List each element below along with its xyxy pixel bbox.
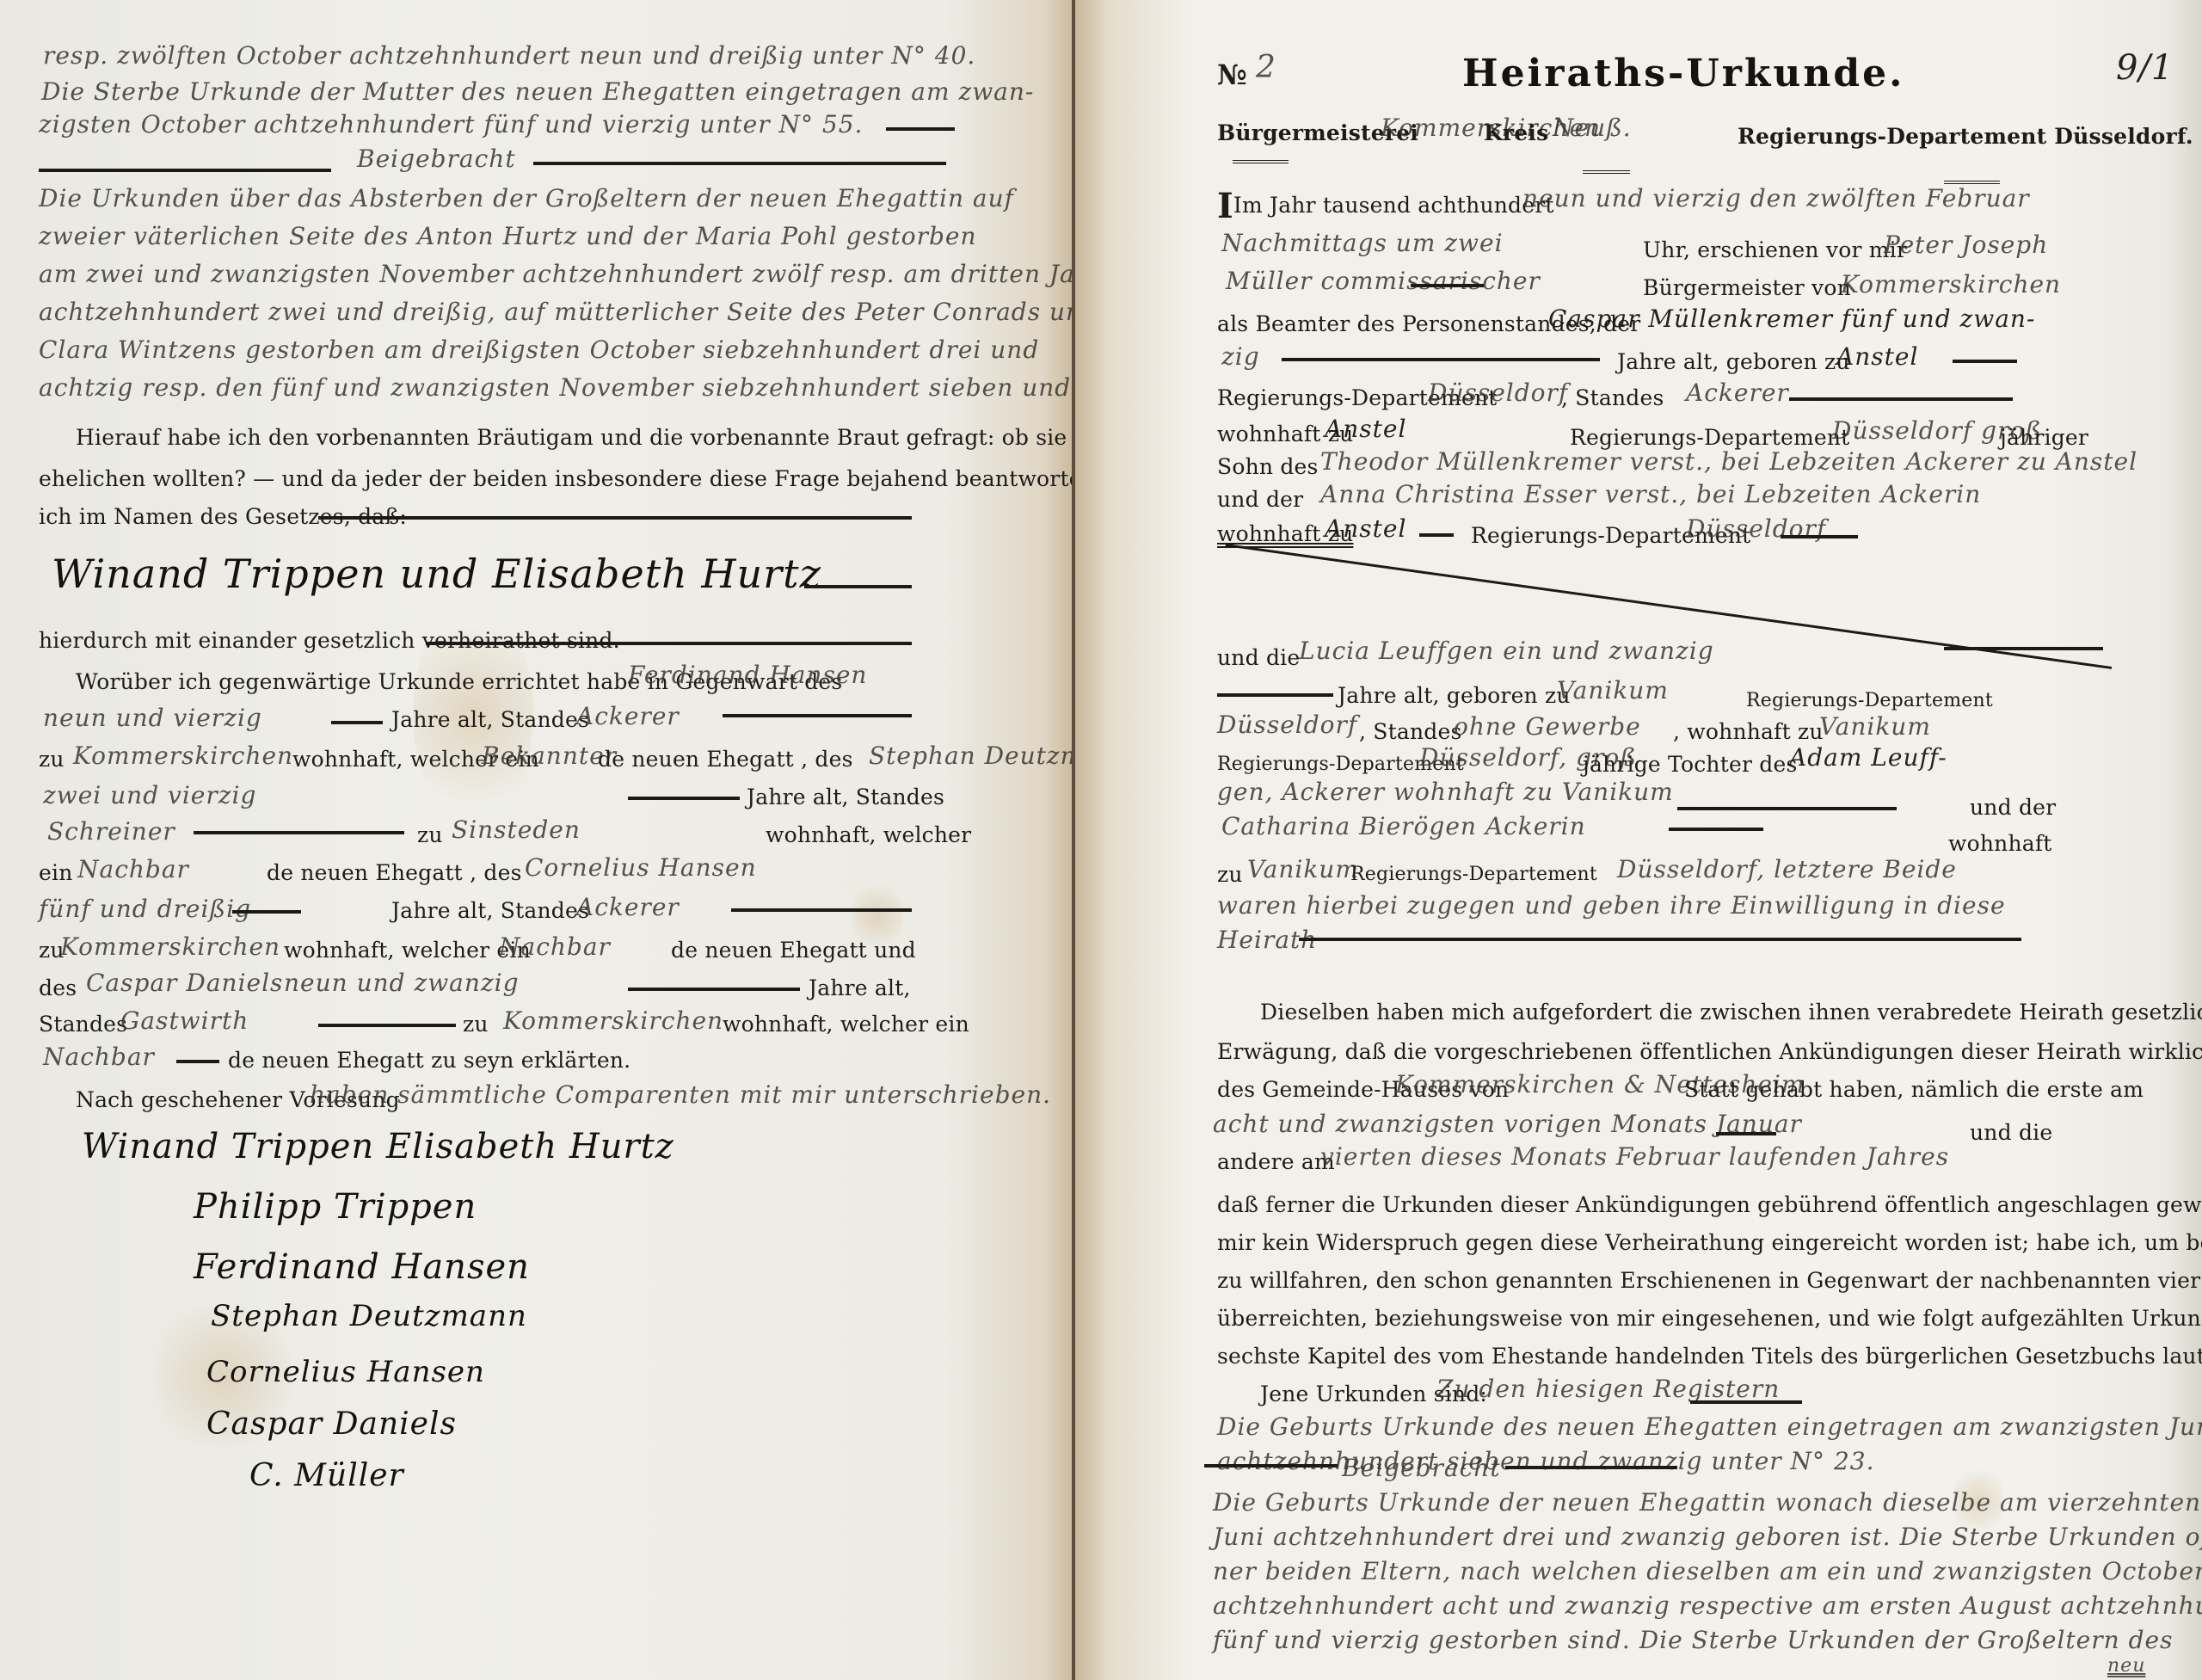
record-number-label: №: [1217, 60, 1247, 89]
fill-rule: [1217, 693, 1333, 697]
signature: Stephan Deutzmann: [211, 1299, 527, 1333]
beigebracht-line: ner beiden Eltern, nach welchen dieselbe…: [1213, 1557, 2202, 1586]
initial-letter: I: [1217, 186, 1233, 226]
witness-age: fünf und dreißig: [39, 895, 251, 924]
beigebracht-line: fünf und vierzig gestorben sind. Die Ste…: [1213, 1626, 2173, 1655]
bride-birthplace: Vanikum: [1557, 676, 1669, 705]
handwritten-line: zigsten October achtzehnhundert fünf und…: [39, 110, 863, 139]
fill-rule: [318, 516, 912, 520]
couple-names: Winand Trippen und Elisabeth Hurtz: [52, 551, 821, 597]
fill-rule: [318, 1024, 456, 1027]
signature: Winand Trippen Elisabeth Hurtz: [82, 1127, 674, 1166]
fill-rule: [628, 797, 740, 800]
printed-line: Statt gehabt haben, nämlich die erste am: [1684, 1075, 2144, 1105]
handwritten-line: haben sämmtliche Comparenten mit mir unt…: [310, 1080, 1051, 1110]
fill-rule: [1677, 807, 1897, 810]
bride-mother: Catharina Bierögen Ackerin: [1221, 812, 1586, 841]
groom-age: zig: [1221, 342, 1260, 372]
printed-label: Jahre alt, Standes: [391, 896, 589, 926]
printed-line: sechste Kapitel des vom Ehestande handel…: [1217, 1342, 2202, 1371]
printed-label: wohnhaft, welcher ein: [723, 1010, 969, 1039]
kreis-label: Kreis: [1484, 119, 1548, 148]
printed-label: zu: [463, 1010, 489, 1039]
printed-label: Jahre alt, geboren zu: [1338, 681, 1571, 711]
groom-reg-value: Düsseldorf: [1686, 514, 1826, 544]
fill-rule: [331, 721, 383, 724]
consent-line: waren hierbei zugegen und geben ihre Ein…: [1217, 891, 2006, 920]
municipality: Kommerskirchen: [1841, 270, 2061, 299]
first-date-handwritten: acht und zwanzigsten vorigen Monats Janu…: [1213, 1110, 1802, 1139]
intro-prefix-text: Im Jahr tausend achthundert: [1233, 193, 1554, 218]
printed-label: ein: [39, 858, 73, 888]
fill-rule: [533, 162, 946, 165]
printed-line: daß ferner die Urkunden dieser Ankündigu…: [1217, 1191, 2202, 1220]
fill-rule: [1953, 360, 2017, 363]
urkunden-line: achtzehnhundert sieben und zwanzig unter…: [1217, 1447, 1874, 1476]
witness-age: zwei und vierzig: [43, 781, 256, 810]
left-page: resp. zwölften October achtzehnhundert n…: [0, 0, 1075, 1680]
urkunden-line: Die Geburts Urkunde des neuen Ehegatten …: [1217, 1412, 2202, 1442]
witness-ort: Kommerskirchen: [503, 1006, 723, 1036]
official-title: Müller commissarischer: [1226, 267, 1541, 296]
fill-rule: [1505, 1466, 1677, 1469]
printed-label: und die: [1217, 643, 1300, 673]
printed-label: Standes: [39, 1010, 127, 1039]
section-heading: Beigebracht: [1342, 1454, 1501, 1483]
fill-rule: [1282, 358, 1600, 361]
printed-line: hierdurch mit einander gesetzlich verhei…: [39, 626, 620, 655]
witness-relation: Nachbar: [499, 932, 611, 962]
fill-rule: [886, 127, 955, 131]
fill-rule: [1716, 1132, 1776, 1135]
printed-line: mir kein Widerspruch gegen diese Verheir…: [1217, 1228, 2202, 1258]
signature: Caspar Daniels: [206, 1406, 457, 1442]
witness-relation: Nachbar: [77, 855, 189, 884]
groom-father: Theodor Müllenkremer verst., bei Lebzeit…: [1320, 447, 2137, 477]
witness-ort: Kommerskirchen: [60, 932, 280, 962]
page-title: Heiraths-Urkunde.: [1462, 52, 1904, 95]
bride-reg-value: Düsseldorf, letztere Beide: [1617, 855, 1957, 884]
witness-stand: Gastwirth: [120, 1006, 249, 1036]
handwritten-line: Clara Wintzens gestorben am dreißigsten …: [39, 335, 1039, 365]
signature: C. Müller: [249, 1458, 404, 1493]
printed-label: wohnhaft: [1948, 829, 2052, 858]
printed-line: überreichten, beziehungsweise von mir ei…: [1217, 1304, 2202, 1333]
printed-label: jährige Tochter des: [1583, 750, 1798, 779]
printed-label: , Standes: [1359, 717, 1462, 747]
fill-rule: [1411, 284, 1484, 287]
fill-rule: [723, 714, 912, 717]
official-name: Peter Joseph: [1884, 231, 2048, 260]
fill-rule: [1781, 535, 1858, 538]
witness-stand: Schreiner: [47, 817, 175, 846]
printed-label: Regierungs-Departement: [1350, 860, 1597, 889]
fill-rule: [804, 585, 912, 588]
fill-rule: [628, 988, 800, 991]
printed-label: Jahre alt, geboren zu: [1617, 348, 1850, 377]
printed-label: , Standes: [1561, 384, 1664, 413]
groom-mother: Anna Christina Esser verst., bei Lebzeit…: [1320, 480, 1981, 509]
printed-label: und der: [1970, 793, 2056, 822]
witness-stand: Ackerer: [576, 893, 680, 922]
printed-label: Jahre alt, Standes: [747, 783, 944, 812]
right-page: № 2 Heiraths-Urkunde. 9/1 Bürgermeistere…: [1075, 0, 2202, 1680]
signature: Cornelius Hansen: [206, 1355, 485, 1389]
witness-ort: Sinsteden: [452, 815, 581, 845]
witness-name: Cornelius Hansen: [525, 853, 757, 883]
printed-label: andere am: [1217, 1148, 1335, 1177]
witness-age: neun und vierzig: [43, 704, 262, 733]
printed-label: Regierungs-Departement: [1746, 686, 1993, 716]
printed-label: und der: [1217, 485, 1303, 514]
signature: Ferdinand Hansen: [194, 1247, 530, 1287]
fill-rule: [731, 908, 912, 912]
printed-line: Dieselben haben mich aufgefordert die zw…: [1260, 998, 2202, 1027]
witness-name: Ferdinand Hansen: [628, 661, 867, 690]
fill-rule: [426, 642, 912, 645]
handwritten-line: Die Sterbe Urkunde der Mutter des neuen …: [41, 77, 1034, 107]
intro-prefix: IIm Jahr tausend achthundert: [1217, 191, 1554, 221]
record-number: 2: [1256, 53, 1276, 83]
fill-rule: [1690, 1400, 1802, 1404]
printed-label: de neuen Ehegatt , des: [267, 858, 522, 888]
fill-rule: [1299, 938, 2021, 941]
printed-label: Jahre alt, Standes: [391, 705, 589, 735]
urkunden-handwritten: Zu den hiesigen Registern: [1436, 1375, 1780, 1404]
fill-rule: [232, 910, 301, 914]
beigebracht-line: Die Geburts Urkunde der neuen Ehegattin …: [1213, 1488, 2201, 1517]
printed-label: des: [39, 974, 77, 1003]
handwritten-line: resp. zwölften October achtzehnhundert n…: [43, 41, 975, 71]
printed-label: zu: [39, 745, 65, 774]
printed-label: zu: [1217, 860, 1243, 889]
printed-label: und die: [1970, 1118, 2052, 1148]
bride-mother-residence: Vanikum: [1247, 855, 1359, 884]
printed-label: de neuen Ehegatt und: [671, 936, 916, 965]
handwritten-line: achtzig resp. den fünf und zwanzigsten N…: [39, 373, 1174, 403]
groom-reg-value: Düsseldorf: [1428, 378, 1568, 408]
witness-name: Caspar Daniels: [86, 969, 283, 998]
kreis-value: Neuß.: [1553, 114, 1632, 143]
fill-rule: [39, 169, 331, 172]
printed-label: Bürgermeister von: [1643, 274, 1851, 303]
fill-rule: [1419, 533, 1454, 537]
groom-parents-residence: Anstel: [1325, 514, 1406, 544]
bride-reg-value: Düsseldorf: [1217, 711, 1357, 740]
bride-father-cont: gen, Ackerer wohnhaft zu Vanikum: [1217, 778, 1674, 807]
section-heading: Beigebracht: [357, 145, 516, 174]
groom-stand: Ackerer: [1686, 378, 1789, 408]
fill-rule: [1583, 170, 1630, 174]
printed-label: Jahre alt,: [809, 974, 911, 1003]
signature: Philipp Trippen: [194, 1187, 477, 1227]
handwritten-line: zweier väterlichen Seite des Anton Hurtz…: [39, 222, 976, 251]
fill-rule: [194, 831, 404, 834]
printed-line: zu willfahren, den schon genannten Ersch…: [1217, 1266, 2202, 1295]
printed-line: Hierauf habe ich den vorbenannten Bräuti…: [76, 423, 1172, 452]
printed-label: de neuen Ehegatt zu seyn erklärten.: [228, 1046, 630, 1075]
groom-birthplace: Anstel: [1836, 342, 1918, 372]
printed-label: zu: [417, 821, 443, 850]
bride-father: Adam Leuff-: [1789, 743, 1947, 772]
witness-relation: Nachbar: [43, 1043, 155, 1072]
fill-rule: [1789, 397, 2013, 401]
bride-stand: ohne Gewerbe: [1454, 712, 1641, 742]
catchword: neu: [2107, 1652, 2145, 1680]
groom-name: Caspar Müllenkremer fünf und zwan-: [1548, 305, 2035, 334]
printed-label: wohnhaft, welcher: [766, 821, 971, 850]
date-handwritten: neun und vierzig den zwölften Februar: [1522, 184, 2030, 213]
witness-ort: Kommerskirchen: [73, 742, 293, 771]
time-handwritten: Nachmittags um zwei: [1221, 229, 1504, 258]
regierungs-departement-label: Regierungs-Departement Düsseldorf.: [1738, 122, 2193, 151]
witness-age: neun und zwanzig: [284, 969, 520, 998]
beigebracht-line: Juni achtzehnhundert drei und zwanzig ge…: [1213, 1523, 2202, 1552]
fill-rule: [1204, 1464, 1338, 1468]
printed-label: wohnhaft, welcher ein: [284, 936, 531, 965]
bride-name: Lucia Leuffgen ein und zwanzig: [1299, 637, 1714, 666]
witness-relation: Bekannter: [482, 742, 617, 771]
groom-residence: Anstel: [1325, 415, 1406, 444]
handwritten-line: achtzehnhundert zwei und dreißig, auf mü…: [39, 298, 1098, 327]
printed-label: , wohnhaft zu: [1673, 717, 1824, 747]
bride-residence: Vanikum: [1819, 712, 1931, 742]
handwritten-line: am zwei und zwanzigsten November achtzeh…: [39, 260, 1135, 289]
fill-rule: [1669, 828, 1763, 831]
printed-label: de neuen Ehegatt , des: [598, 745, 853, 774]
fill-rule: [176, 1060, 219, 1063]
fill-rule: [1944, 647, 2103, 650]
beigebracht-line: achtzehnhundert acht und zwanzig respect…: [1213, 1591, 2202, 1621]
fill-rule: [1233, 160, 1289, 163]
folio-number: 9/1: [2116, 53, 2174, 83]
printed-label: Uhr, erschienen vor mir: [1643, 236, 1907, 265]
printed-label: Sohn des: [1217, 452, 1319, 482]
handwritten-line: Die Urkunden über das Absterben der Groß…: [39, 184, 1014, 213]
printed-line: Erwägung, daß die vorgeschriebenen öffen…: [1217, 1037, 2202, 1067]
second-date-handwritten: vierten dieses Monats Februar laufenden …: [1320, 1142, 1949, 1172]
witness-stand: Ackerer: [576, 702, 680, 731]
